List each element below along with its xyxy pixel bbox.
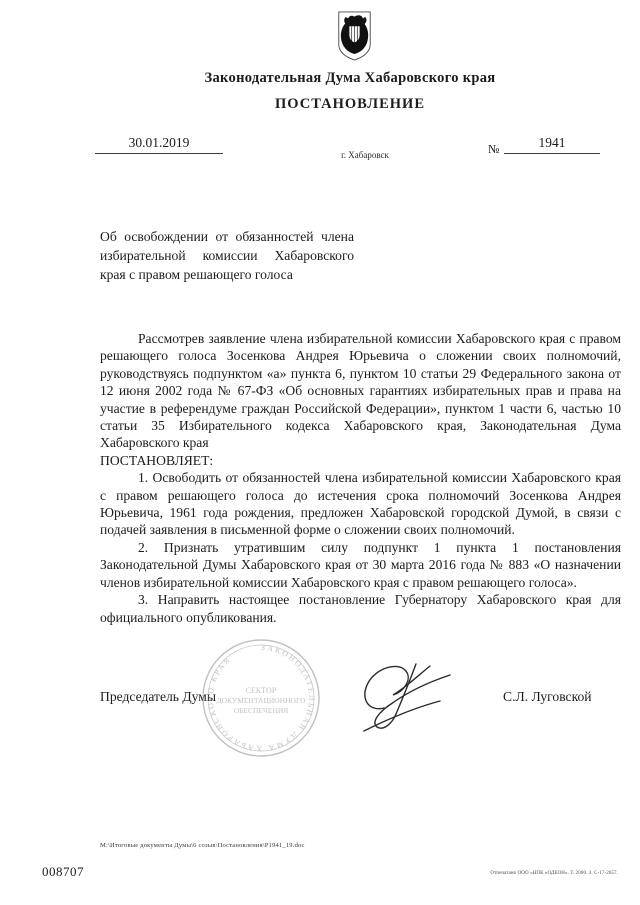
subject-paragraph: Об освобождении от обязанностей члена из… — [100, 228, 354, 284]
resolution-item: 3. Направить настоящее постановление Губ… — [100, 591, 621, 626]
signer-title: Председатель Думы — [100, 689, 216, 705]
form-number: 008707 — [42, 864, 84, 880]
file-path-note: М:\Итоговые документы Думы\6 созыв\Поста… — [100, 842, 305, 849]
place-label: г. Хабаровск — [300, 150, 430, 160]
stamp-center-line: ДОКУМЕНТАЦИОННОГО — [216, 696, 306, 705]
number-field: 1941 — [504, 135, 600, 154]
intro-paragraph: Рассмотрев заявление члена избирательной… — [100, 330, 621, 452]
coat-of-arms-icon — [336, 10, 373, 67]
date-field: 30.01.2019 — [95, 135, 223, 154]
resolves-heading: ПОСТАНОВЛЯЕТ: — [100, 452, 621, 469]
printer-note: Отпечатано ООО «НПК «ОДЕОН». Т. 2000. З.… — [490, 871, 618, 876]
resolution-item: 1. Освободить от обязанностей члена изби… — [100, 469, 621, 539]
signer-name: С.Л. Луговской — [503, 689, 592, 705]
resolution-item: 2. Признать утратившим силу подпункт 1 п… — [100, 539, 621, 591]
stamp-center-line: ОБЕСПЕЧЕНИЯ — [234, 706, 289, 715]
handwritten-signature-icon — [352, 656, 462, 740]
official-stamp: ЗАКОНОДАТЕЛЬНАЯ ДУМА ХАБАРОВСКОГО КРАЯ С… — [200, 637, 322, 759]
number-sign: № — [488, 142, 499, 157]
document-body: Рассмотрев заявление члена избирательной… — [100, 330, 621, 626]
organization-name: Законодательная Дума Хабаровского края — [60, 70, 640, 87]
document-type-title: ПОСТАНОВЛЕНИЕ — [60, 96, 640, 113]
scanned-resolution-document: Законодательная Дума Хабаровского края П… — [0, 0, 640, 905]
stamp-center-line: СЕКТОР — [246, 686, 277, 695]
